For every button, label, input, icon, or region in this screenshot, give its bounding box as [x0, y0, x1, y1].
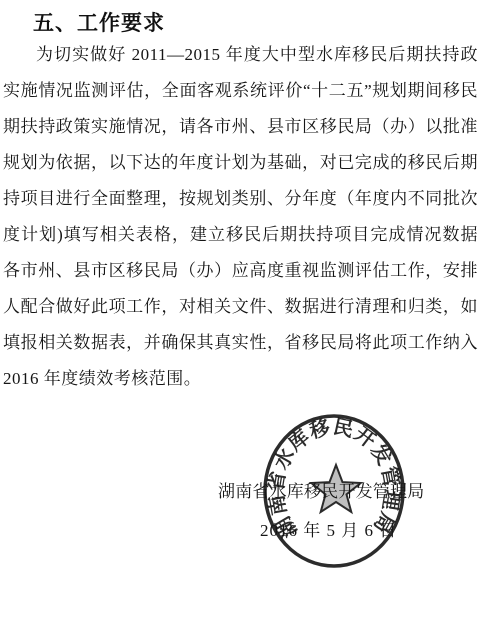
body-line: 实施情况监测评估，全面客观系统评价“十二五”规划期间移民后: [3, 73, 478, 109]
body-line: 填报相关数据表，并确保其真实性，省移民局将此项工作纳入: [3, 325, 478, 361]
body-paragraph: 为切实做好 2011—2015 年度大中型水库移民后期扶持政策 实施情况监测评估…: [3, 37, 478, 397]
body-line: 各市州、县市区移民局（办）应高度重视监测评估工作，安排专: [3, 253, 478, 289]
body-line: 持项目进行全面整理，按规划类别、分年度（年度内不同批次年: [3, 181, 478, 217]
body-line: 期扶持政策实施情况，请各市州、县市区移民局（办）以批准的: [3, 109, 478, 145]
body-line: 2016 年度绩效考核范围。: [3, 361, 478, 397]
body-line: 人配合做好此项工作，对相关文件、数据进行清理和归类，如实: [3, 289, 478, 325]
signature-date: 2016 年 5 月 6 日: [260, 516, 397, 541]
body-line: 度计划)填写相关表格，建立移民后期扶持项目完成情况数据库；: [3, 217, 478, 253]
scanned-document-page: 五、工作要求 为切实做好 2011—2015 年度大中型水库移民后期扶持政策 实…: [0, 0, 480, 640]
signature-org: 湖南省水库移民开发管理局: [218, 477, 424, 502]
body-line: 规划为依据，以下达的年度计划为基础，对已完成的移民后期扶: [3, 145, 478, 181]
body-line: 为切实做好 2011—2015 年度大中型水库移民后期扶持政策: [3, 37, 478, 73]
section-title: 五、工作要求: [33, 7, 165, 37]
